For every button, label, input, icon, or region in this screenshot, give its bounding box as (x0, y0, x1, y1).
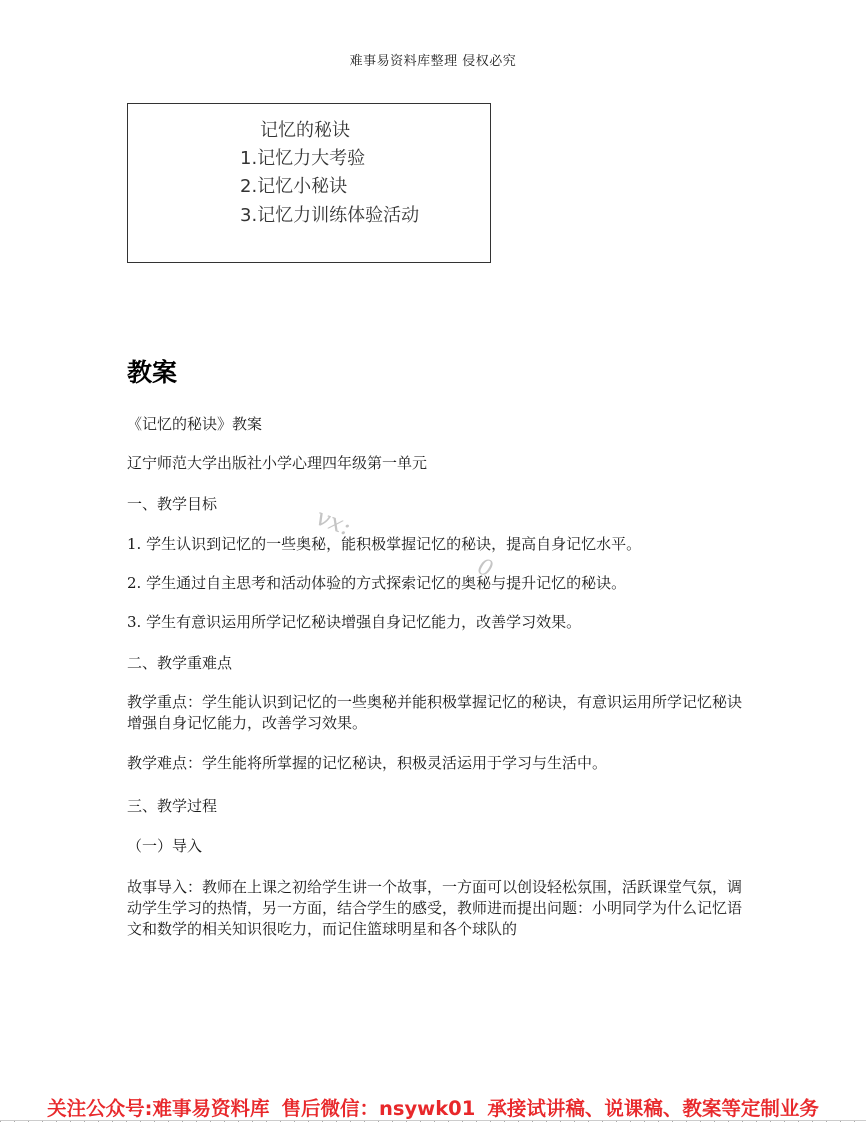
key-point-paragraph: 教学重点：学生能认识到记忆的一些奥秘并能积极掌握记忆的秘诀，有意识运用所学记忆秘… (127, 692, 742, 734)
intro-paragraph: 故事导入：教师在上课之初给学生讲一个故事，一方面可以创设轻松氛围，活跃课堂气氛，… (127, 877, 742, 940)
goal-item: 2. 学生通过自主思考和活动体验的方式探索记忆的奥秘与提升记忆的秘诀。 (127, 573, 742, 594)
goal-item: 3. 学生有意识运用所学记忆秘诀增强自身记忆能力，改善学习效果。 (127, 612, 742, 633)
outline-title: 记忆的秘诀 (260, 116, 350, 142)
goal-item: 1. 学生认识到记忆的一些奥秘，能积极掌握记忆的秘诀，提高自身记忆水平。 (127, 534, 742, 555)
footer-account: 关注公众号:难事易资料库 (47, 1097, 269, 1120)
subsection-heading-intro: （一）导入 (127, 836, 742, 857)
document-heading: 教案 (127, 353, 177, 389)
section-heading-process: 三、教学过程 (127, 796, 742, 817)
footer-wechat: 售后微信：nsywk01 (281, 1097, 475, 1120)
page-header: 难事易资料库整理 侵权必究 (0, 50, 866, 69)
outline-item: 3.记忆力训练体验活动 (240, 201, 419, 227)
publisher-info: 辽宁师范大学出版社小学心理四年级第一单元 (127, 453, 742, 474)
outline-item: 1.记忆力大考验 (240, 144, 365, 170)
section-heading-goals: 一、教学目标 (127, 494, 742, 515)
outline-item: 2.记忆小秘诀 (240, 172, 347, 198)
footer-banner: 关注公众号:难事易资料库售后微信：nsywk01承接试讲稿、说课稿、教案等定制业… (0, 1093, 866, 1121)
section-heading-key-points: 二、教学重难点 (127, 653, 742, 674)
difficult-point-paragraph: 教学难点：学生能将所掌握的记忆秘诀，积极灵活运用于学习与生活中。 (127, 753, 742, 774)
lesson-plan-title: 《记忆的秘诀》教案 (127, 414, 742, 435)
footer-services: 承接试讲稿、说课稿、教案等定制业务 (487, 1097, 819, 1120)
outline-box: 记忆的秘诀 1.记忆力大考验 2.记忆小秘诀 3.记忆力训练体验活动 (127, 103, 491, 263)
